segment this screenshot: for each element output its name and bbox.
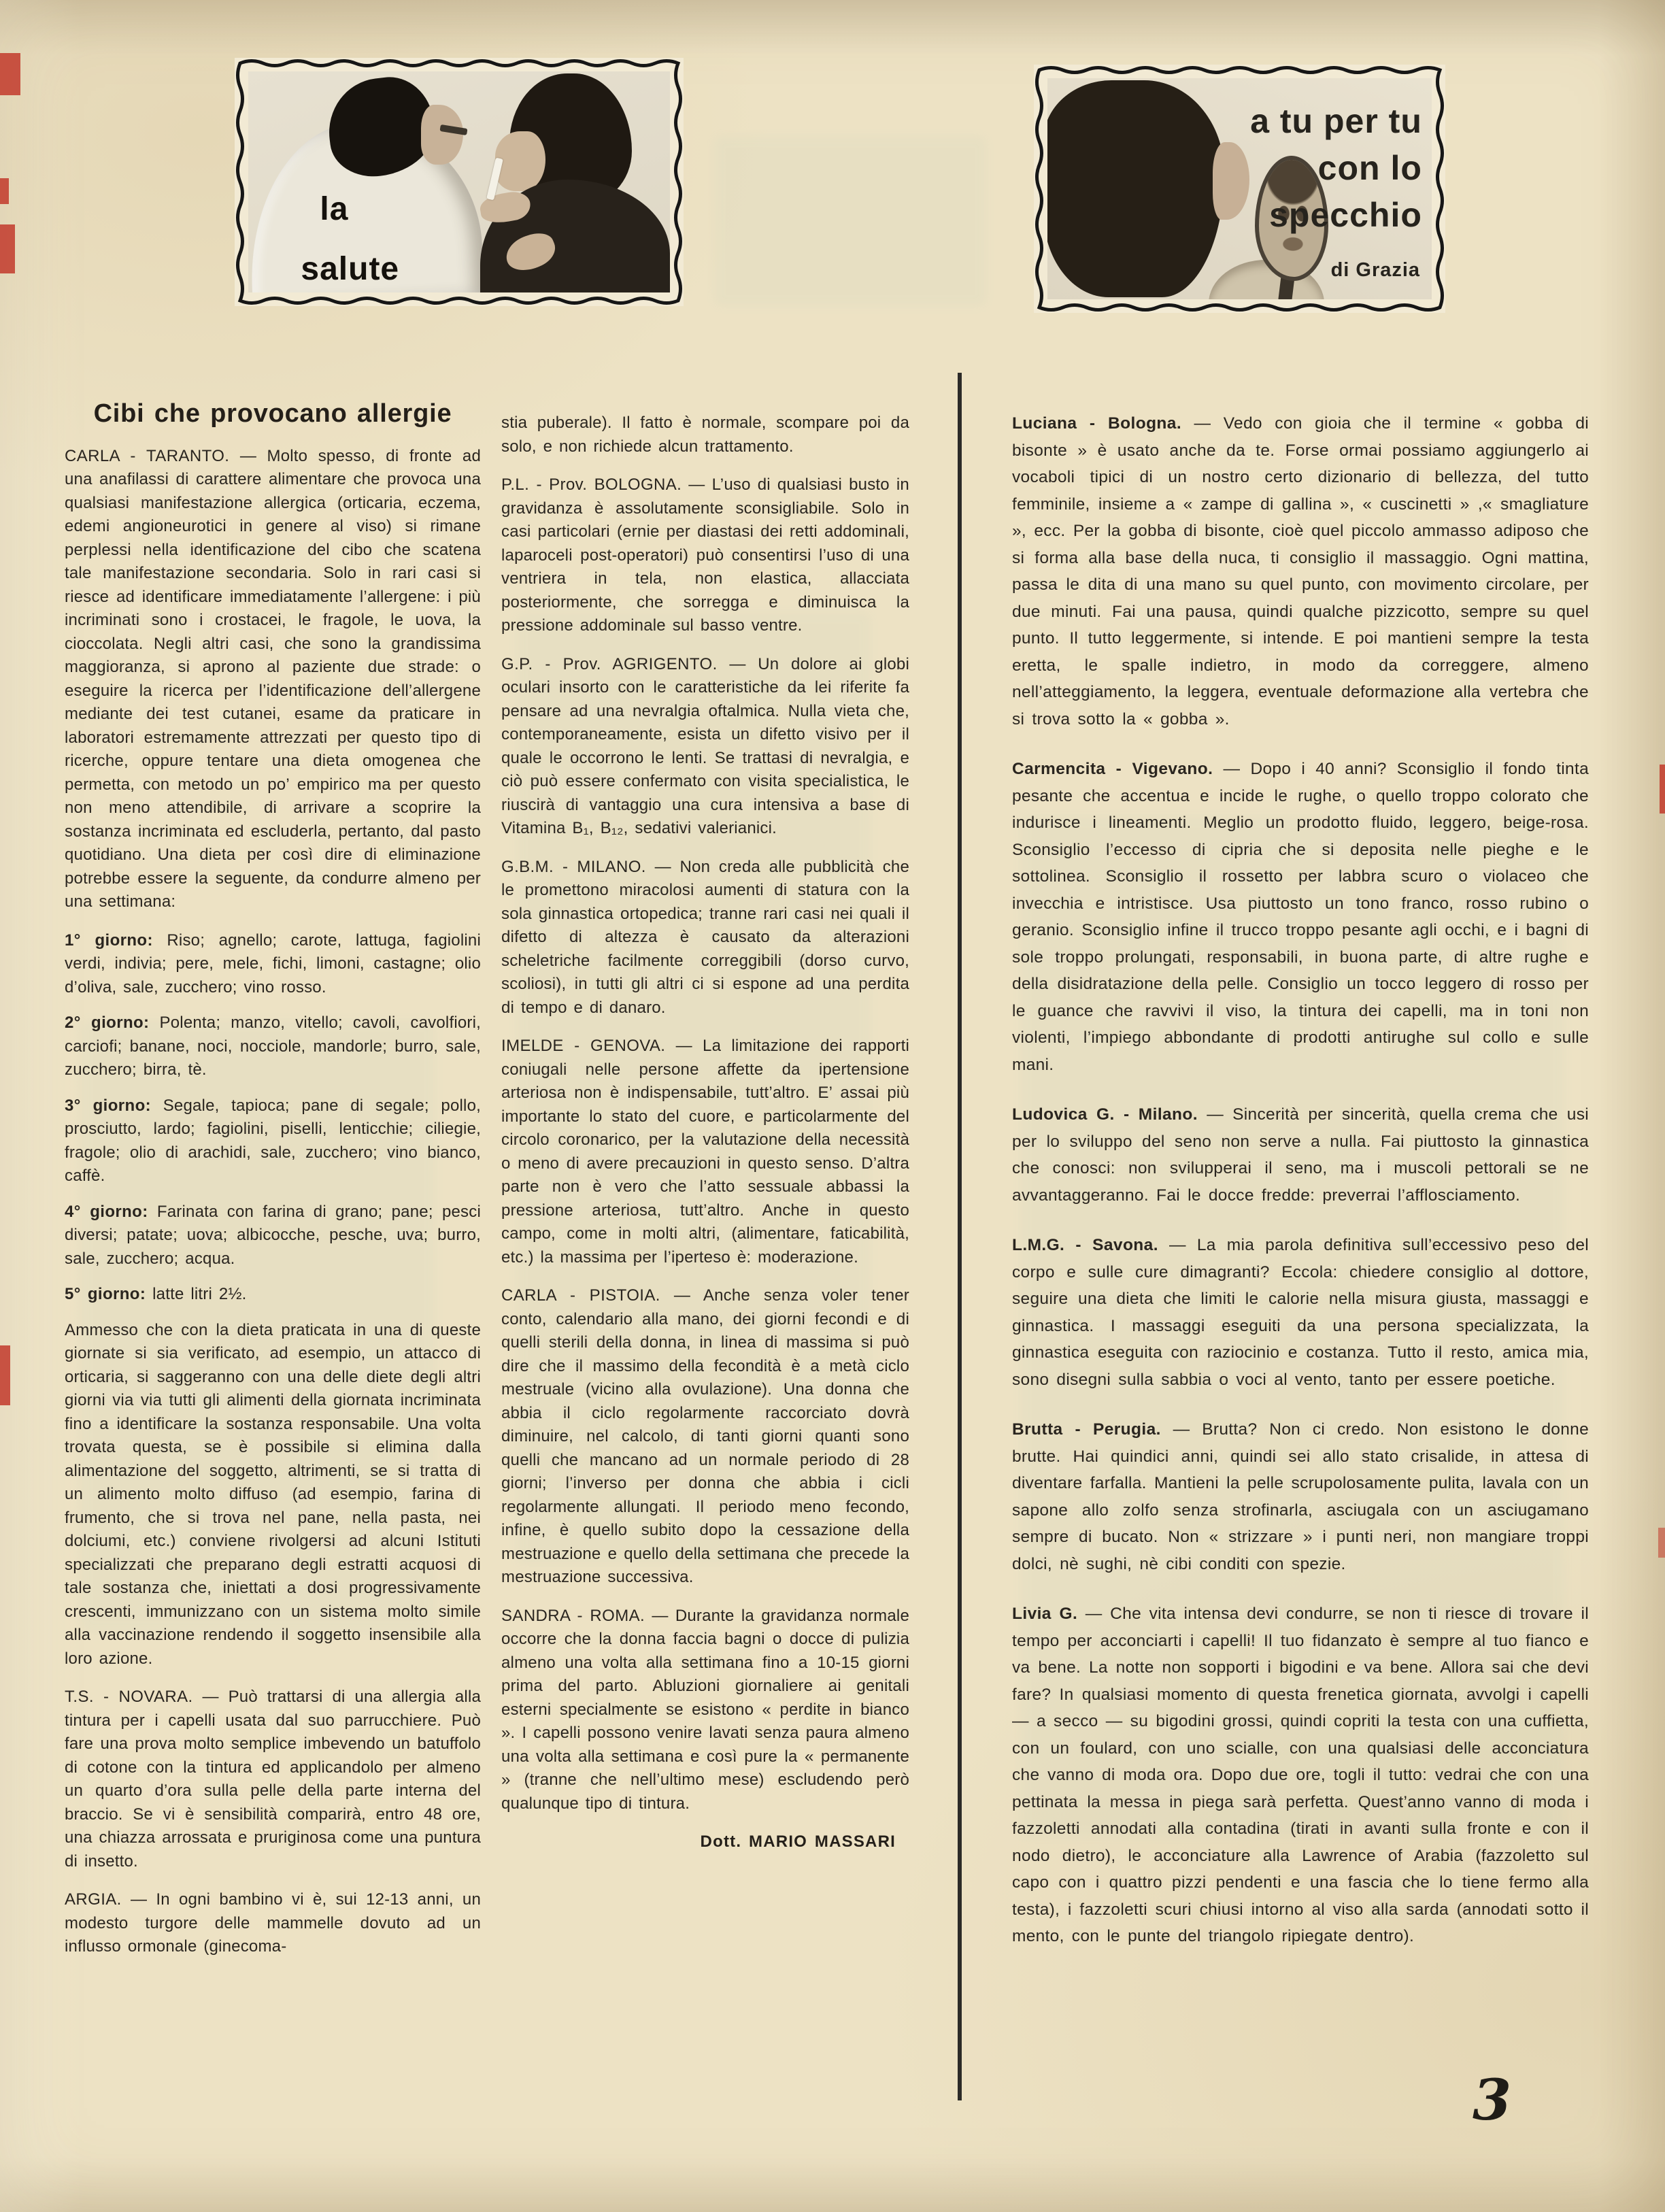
paragraph-body: stia puberale). Il fatto è normale, scom… — [501, 414, 909, 456]
reader-name: Ludovica G. - Milano. — [1012, 1105, 1198, 1124]
diet-day-label: 2° giorno: — [65, 1013, 149, 1032]
reader-name: IMELDE - GENOVA. — [501, 1037, 665, 1055]
paragraph-body: — Che vita intensa devi condurre, se non… — [1012, 1605, 1589, 1945]
paragraph: SANDRA - ROMA. — Durante la gravidanza n… — [501, 1605, 909, 1816]
paragraph: P.L. - Prov. BOLOGNA. — L’uso di qualsia… — [501, 473, 909, 638]
paragraph: T.S. - NOVARA. — Può trattarsi di una al… — [65, 1686, 481, 1873]
print-artifact-red — [1660, 765, 1665, 814]
paragraph-body: — Può trattarsi di una allergia alla tin… — [65, 1688, 481, 1871]
author-signature: Dott. MARIO MASSARI — [501, 1830, 909, 1854]
paragraph-body: — Molto spesso, di fronte ad una anafila… — [65, 447, 481, 911]
specchio-title: a tu per tu con lo specchio — [1238, 98, 1422, 239]
paragraph-body: — Un dolore ai globi oculari insorto con… — [501, 655, 909, 838]
specchio-photo: a tu per tu con lo specchio di Grazia — [1047, 78, 1432, 299]
reader-name: SANDRA - ROMA. — [501, 1607, 645, 1625]
diet-day: 5° giorno: latte litri 2½. — [65, 1283, 481, 1307]
diet-day-label: 5° giorno: — [65, 1285, 146, 1303]
column-salute-1: Cibi che provocano allergie CARLA - TARA… — [65, 371, 481, 2150]
paragraph-body: latte litri 2½. — [152, 1285, 246, 1303]
la-salute-photo: la salute — [248, 71, 670, 292]
print-artifact-red — [0, 178, 9, 204]
reader-name: Brutta - Perugia. — [1012, 1420, 1161, 1439]
column-salute-2: stia puberale). Il fatto è normale, scom… — [501, 371, 909, 2160]
diet-day-label: 4° giorno: — [65, 1203, 148, 1221]
bleed-through — [714, 136, 986, 306]
diet-day: 3° giorno: Segale, tapioca; pane di sega… — [65, 1094, 481, 1188]
paragraph-body: — Dopo i 40 anni? Sconsiglio il fondo ti… — [1012, 760, 1589, 1074]
column-specchio: Luciana - Bologna. — Vedo con gioia che … — [1012, 371, 1589, 2104]
paragraph-body: — L’uso di qualsiasi busto in gravidanza… — [501, 475, 909, 635]
reader-name: T.S. - NOVARA. — [65, 1688, 193, 1706]
article-title: Cibi che provocano allergie — [65, 402, 481, 426]
la-salute-title: la salute — [320, 180, 399, 292]
paragraph: Livia G. — Che vita intensa devi condurr… — [1012, 1601, 1589, 1950]
reader-name: CARLA - PISTOIA. — [501, 1286, 660, 1305]
reader-name: G.P. - Prov. AGRIGENTO. — [501, 655, 718, 673]
diet-day: 4° giorno: Farinata con farina di grano;… — [65, 1201, 481, 1271]
page-number: 3 — [1473, 2068, 1511, 2133]
diet-day-label: 1° giorno: — [65, 931, 153, 950]
paragraph: L.M.G. - Savona. — La mia parola definit… — [1012, 1232, 1589, 1393]
paragraph: CARLA - TARANTO. — Molto spesso, di fron… — [65, 445, 481, 914]
reader-name: L.M.G. - Savona. — [1012, 1236, 1158, 1254]
paragraph: Carmencita - Vigevano. — Dopo i 40 anni?… — [1012, 756, 1589, 1078]
print-artifact-red — [0, 224, 15, 273]
paragraph: Ammesso che con la dieta praticata in un… — [65, 1319, 481, 1671]
diet-day-label: 3° giorno: — [65, 1096, 151, 1115]
paragraph-body: — Brutta? Non ci credo. Non esistono le … — [1012, 1420, 1589, 1573]
print-artifact-red — [0, 1345, 10, 1405]
print-artifact-red — [0, 53, 20, 95]
paragraph-body: — In ogni bambino vi è, sui 12-13 anni, … — [65, 1890, 481, 1956]
paragraph: Luciana - Bologna. — Vedo con gioia che … — [1012, 410, 1589, 733]
specchio-title-line: specchio — [1238, 192, 1422, 239]
paragraph-body: — La mia parola definitiva sull’eccessiv… — [1012, 1236, 1589, 1389]
paragraph-body: — La limitazione dei rapporti coniugali … — [501, 1037, 909, 1267]
paragraph: G.P. - Prov. AGRIGENTO. — Un dolore ai g… — [501, 653, 909, 841]
la-salute-title-line: la — [320, 180, 399, 239]
paragraph-body: Ammesso che con la dieta praticata in un… — [65, 1321, 481, 1668]
reader-name: Livia G. — [1012, 1605, 1077, 1623]
paragraph: Ludovica G. - Milano. — Sincerità per si… — [1012, 1101, 1589, 1209]
diet-day: 2° giorno: Polenta; manzo, vitello; cavo… — [65, 1011, 481, 1082]
doctor-face — [421, 105, 463, 165]
paragraph: ARGIA. — In ogni bambino vi è, sui 12-13… — [65, 1888, 481, 1959]
paragraph: CARLA - PISTOIA. — Anche senza voler ten… — [501, 1284, 909, 1590]
la-salute-title-line: salute — [301, 239, 399, 292]
paragraph-body: — Non creda alle pubblicità che le prome… — [501, 858, 909, 1017]
specchio-title-line: a tu per tu — [1238, 98, 1422, 145]
print-artifact-red — [1658, 1528, 1665, 1558]
paragraph: IMELDE - GENOVA. — La limitazione dei ra… — [501, 1035, 909, 1269]
magazine-page: la salute a tu per tu con lo specchio di… — [0, 0, 1665, 2212]
header-la-salute: la salute — [235, 58, 684, 306]
reader-name: CARLA - TARANTO. — [65, 447, 229, 465]
paragraph-body: — Vedo con gioia che il termine « gobba … — [1012, 414, 1589, 728]
header-specchio: a tu per tu con lo specchio di Grazia — [1034, 65, 1445, 313]
reader-name: Carmencita - Vigevano. — [1012, 760, 1213, 778]
woman-hair — [1047, 80, 1224, 297]
paragraph: Brutta - Perugia. — Brutta? Non ci credo… — [1012, 1416, 1589, 1577]
specchio-title-line: con lo — [1238, 145, 1422, 192]
paragraph-body: — Durante la gravidanza normale occorre … — [501, 1607, 909, 1813]
reader-name: ARGIA. — [65, 1890, 122, 1909]
reader-name: G.B.M. - MILANO. — [501, 858, 646, 876]
diet-day: 1° giorno: Riso; agnello; carote, lattug… — [65, 929, 481, 1000]
reader-name: Luciana - Bologna. — [1012, 414, 1181, 433]
column-divider-rule — [958, 373, 962, 2100]
specchio-byline: di Grazia — [1331, 259, 1421, 282]
paragraph: G.B.M. - MILANO. — Non creda alle pubbli… — [501, 856, 909, 1020]
reader-name: P.L. - Prov. BOLOGNA. — [501, 475, 682, 494]
paragraph-body: — Anche senza voler tener conto, calenda… — [501, 1286, 909, 1586]
paragraph: stia puberale). Il fatto è normale, scom… — [501, 412, 909, 458]
